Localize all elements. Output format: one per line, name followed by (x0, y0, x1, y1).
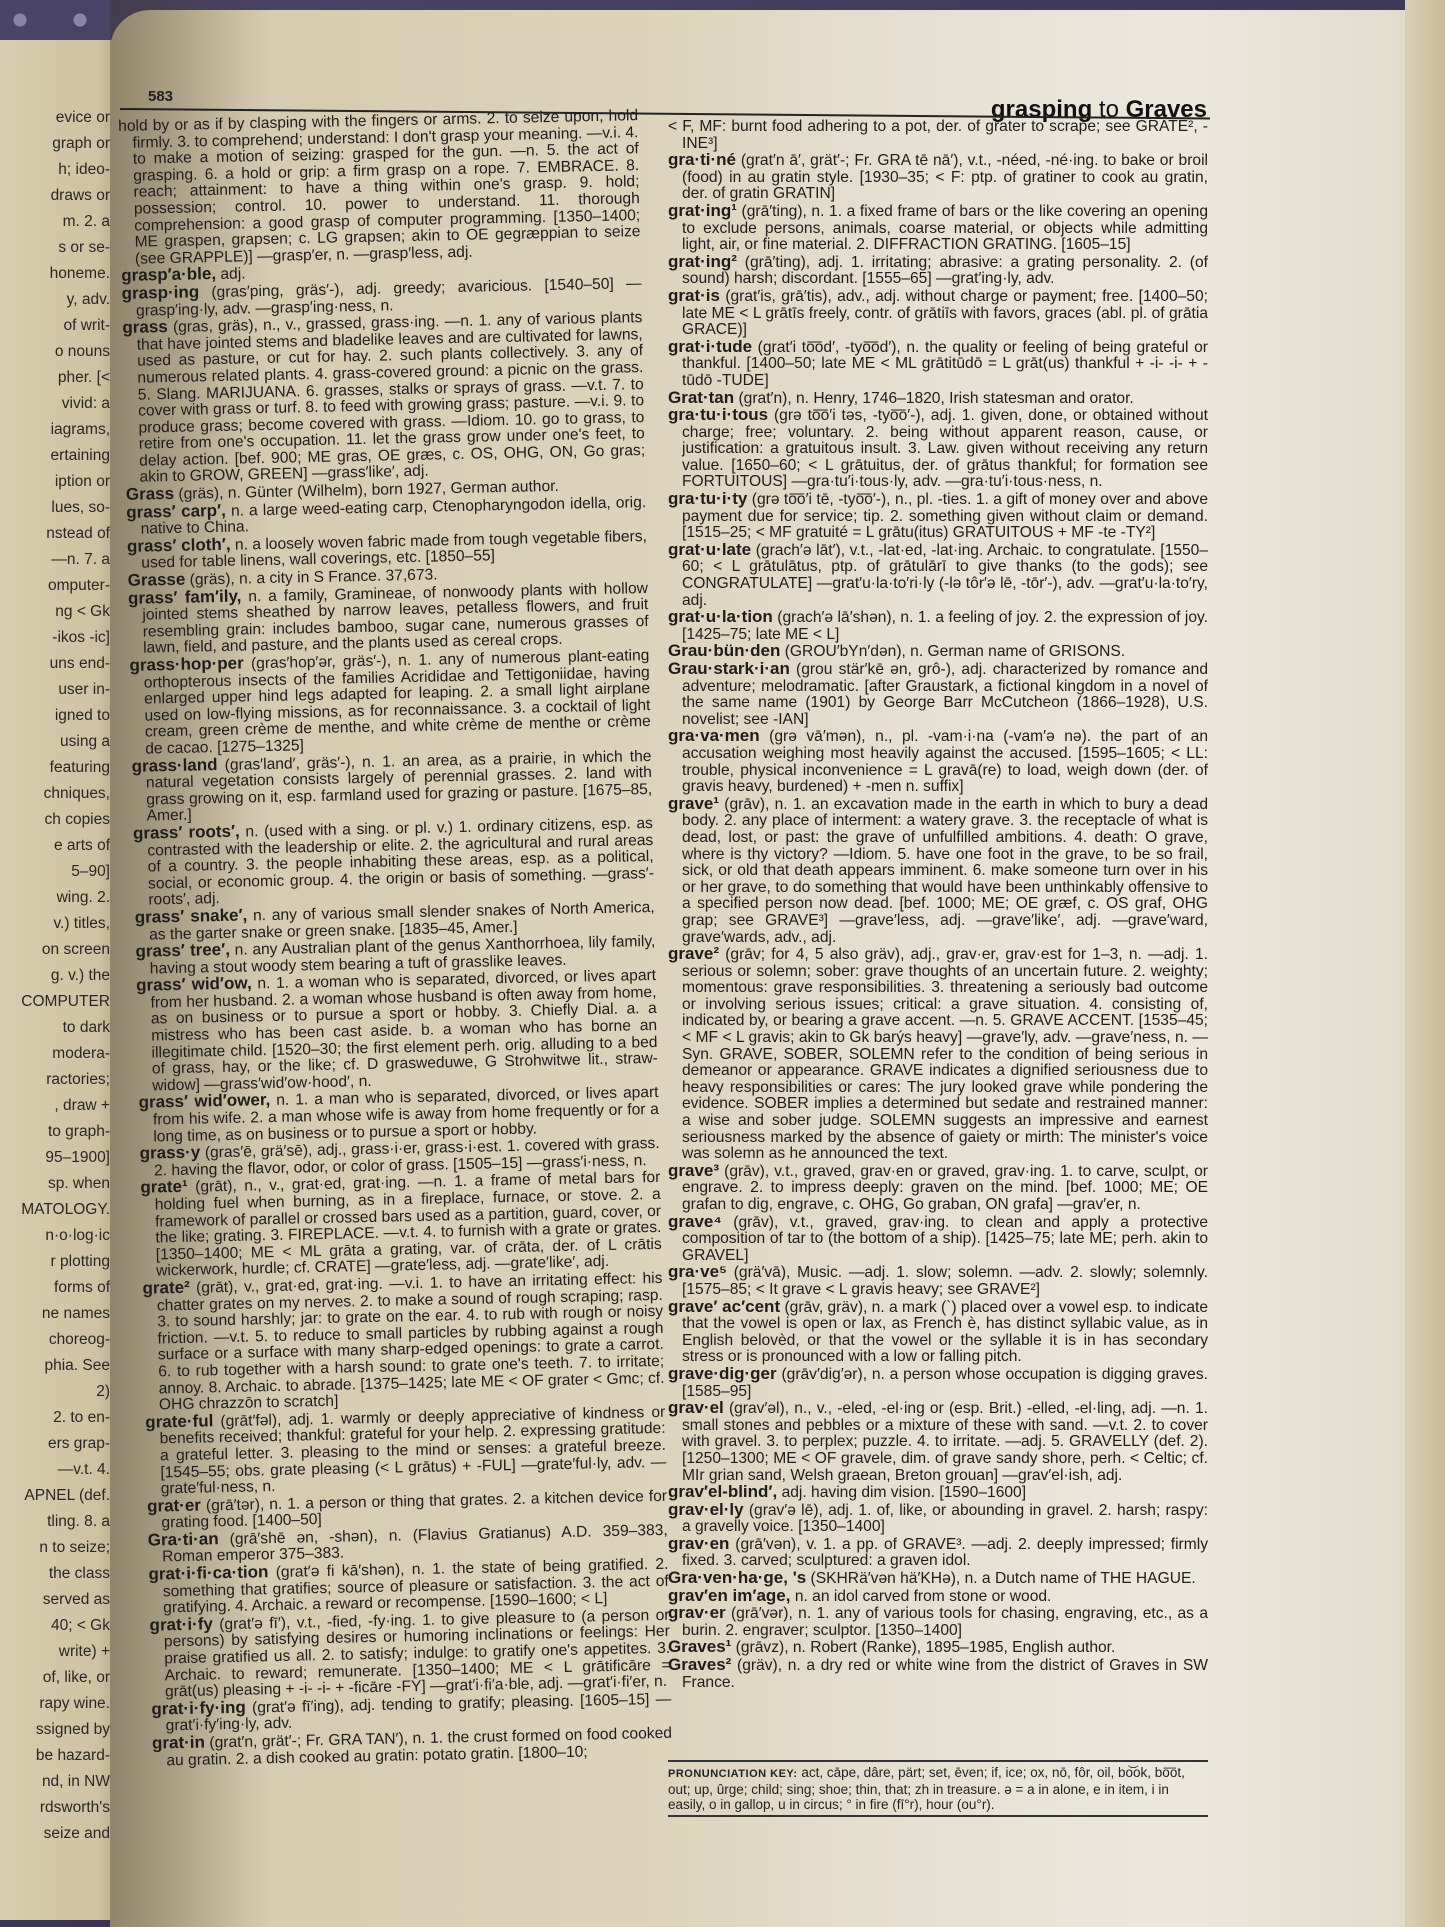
dictionary-entry: gra·ve⁵ (grä′vā), Music. —adj. 1. slow; … (668, 1264, 1208, 1298)
dictionary-entry: grat·ing¹ (grā′ting), n. 1. a fixed fram… (668, 203, 1208, 254)
entry-headword: grate·ful (145, 1411, 213, 1431)
left-page-fragment: using a (60, 734, 110, 750)
left-page-fragment: be hazard- (36, 1748, 110, 1764)
dictionary-entry: grave¹ (grāv), n. 1. an excavation made … (668, 796, 1208, 946)
left-page-fragment: served as (43, 1592, 110, 1608)
left-page-fragment: e arts of (54, 838, 110, 854)
left-page-fragment: modera- (52, 1046, 110, 1062)
entry-definition: (grə to͞o′i tē, -tyo͞o′-), n., pl. -ties… (682, 491, 1208, 541)
left-page-fragment: sp. when (48, 1176, 110, 1192)
entry-definition: (grā′ting), n. 1. a fixed frame of bars … (682, 203, 1208, 253)
entry-headword: grav′el-blind′, (668, 1482, 777, 1501)
entry-headword: grave⁴ (668, 1212, 722, 1231)
left-page-fragment: of, like, or (43, 1670, 110, 1686)
dictionary-entry: grate² (grāt), v., grat·ed, grat·ing. —v… (142, 1270, 665, 1415)
dictionary-entry: grave³ (grāv), v.t., graved, grav·en or … (668, 1163, 1208, 1214)
dictionary-entry: grass (gras, gräs), n., v., grassed, gra… (122, 309, 645, 487)
dictionary-entry: grass′ fam′ily, n. a family, Gramineae, … (128, 580, 649, 658)
entry-definition: (grāt), n., v., grat·ed, grat·ing. —n. 1… (155, 1169, 662, 1280)
entry-headword: gra·tu·i·tous (668, 405, 768, 424)
dictionary-entry: grat·u·late (grach′ə lāt′), v.t., -lat·e… (668, 542, 1208, 609)
entry-headword: grat·in (152, 1733, 205, 1753)
dictionary-entry: grave² (grāv; for 4, 5 also gräv), adj.,… (668, 946, 1208, 1163)
pronunciation-key: PRONUNCIATION KEY: act, cāpe, dâre, pärt… (668, 1760, 1208, 1817)
entry-headword: Gra·ti·an (148, 1529, 219, 1549)
left-page-fragment: g. v.) the (51, 968, 110, 984)
entry-headword: grave·dig·ger (668, 1364, 777, 1383)
left-page-fragment: nstead of (46, 526, 110, 542)
dictionary-entry: grav·el·ly (grav′ə lē), adj. 1. of, like… (668, 1502, 1208, 1536)
dictionary-entry: grate¹ (grāt), n., v., grat·ed, grat·ing… (140, 1169, 662, 1280)
entry-definition: (gräv), n. a dry red or white wine from … (682, 1657, 1208, 1691)
page-stack-edge (1405, 0, 1445, 1927)
dictionary-entry: grate·ful (grāt′fəl), adj. 1. warmly or … (145, 1404, 667, 1499)
dictionary-entry: grass′ roots′, n. (used with a sing. or … (133, 815, 655, 910)
entry-definition: (grat′n ā′, grät′-; Fr. GRA tē nā′), v.t… (682, 152, 1208, 202)
entry-definition: (grat′is, grā′tis), adv., adj. without c… (682, 288, 1208, 338)
entry-headword: grav′en im′age, (668, 1586, 790, 1605)
entry-headword: grat·is (668, 286, 720, 305)
left-page-fragment: vivid: a (62, 396, 110, 412)
left-page-fragment: featuring (50, 760, 110, 776)
entry-definition: (grāv; for 4, 5 also gräv), adj., grav·e… (682, 946, 1208, 1162)
entry-definition: n. an idol carved from stone or wood. (795, 1588, 1052, 1605)
dictionary-entry: grave·dig·ger (grāv′dig′ər), n. a person… (668, 1366, 1208, 1400)
entry-definition: (grä′vā), Music. —adj. 1. slow; solemn. … (682, 1264, 1208, 1298)
entry-headword: grat·er (147, 1495, 201, 1515)
dictionary-entry: gra·ti·né (grat′n ā′, grät′-; Fr. GRA tē… (668, 152, 1208, 203)
dictionary-entry: Graves¹ (grāvz), n. Robert (Ranke), 1895… (668, 1639, 1208, 1657)
page-number: 583 (148, 88, 173, 105)
dictionary-entry: gra·va·men (grə vā′mən), n., pl. -vam·i·… (668, 728, 1208, 795)
entry-definition: (grā′vən), v. 1. a pp. of GRAVE³. —adj. … (682, 1536, 1208, 1570)
left-page-fragment: phia. See (45, 1358, 111, 1374)
entry-headword: grave¹ (668, 794, 719, 813)
dictionary-entry: gra·tu·i·ty (grə to͞o′i tē, -tyo͞o′-), n… (668, 491, 1208, 542)
left-page-fragment: y, adv. (67, 292, 110, 308)
dictionary-entry: grat·is (grat′is, grā′tis), adv., adj. w… (668, 288, 1208, 339)
entry-headword: Graves¹ (668, 1637, 731, 1656)
left-page-fragment: graph or (52, 136, 110, 152)
dictionary-entry: grav′en im′age, n. an idol carved from s… (668, 1588, 1208, 1606)
left-page-fragment: ertaining (51, 448, 110, 464)
left-page-fragment: honeme. (50, 266, 110, 282)
left-page-fragment: ne names (42, 1306, 110, 1322)
entry-headword: grave³ (668, 1161, 719, 1180)
left-page-fragment: draws or (51, 188, 110, 204)
entry-definition: (grat′n), n. Henry, 1746–1820, Irish sta… (738, 390, 1133, 407)
entry-headword: grave′ ac′cent (668, 1297, 780, 1316)
entry-definition: adj. (220, 266, 246, 284)
entry-definition: (grav′əl), n., v., -eled, -el·ing or (es… (682, 1400, 1208, 1483)
dictionary-entry: Grau·stark·i·an (grou stär′kē ən, grô-),… (668, 661, 1208, 728)
entry-definition: (grat′ə fī′), v.t., -fied, -fy·ing. 1. t… (164, 1607, 671, 1701)
dictionary-entry: grav·el (grav′əl), n., v., -eled, -el·in… (668, 1400, 1208, 1484)
right-column: < F, MF: burnt food adhering to a pot, d… (668, 118, 1208, 1691)
dictionary-entry: gra·tu·i·tous (grə to͞o′i təs, -tyo͞o′-)… (668, 407, 1208, 491)
entry-headword: grav·el (668, 1398, 724, 1417)
entry-headword: grate¹ (140, 1177, 188, 1197)
entry-definition: (gras, gräs), n., v., grassed, grass·ing… (137, 309, 646, 486)
left-page-fragment: 95–1900] (45, 1150, 110, 1166)
left-page-fragment: , draw + (54, 1098, 110, 1114)
left-page-fragment: user in- (58, 682, 110, 698)
entry-definition: (grach′ə lāt′), v.t., -lat·ed, -lat·ing.… (682, 542, 1208, 609)
entry-definition: < F, MF: burnt food adhering to a pot, d… (668, 118, 1208, 152)
entry-headword: Grau·bün·den (668, 641, 780, 660)
entry-headword: grass′ tree′, (135, 940, 230, 961)
entry-headword: grat·i·fy·ing (151, 1697, 246, 1718)
entry-headword: grass (122, 317, 168, 337)
entry-definition: (grāv), v.t., graved, grav·en or graved,… (682, 1163, 1208, 1213)
entry-definition: (gras′land′, gräs′-), n. 1. an area, as … (146, 748, 653, 825)
left-page-fragment: iagrams, (51, 422, 110, 438)
left-page-fragment: choreog- (49, 1332, 110, 1348)
left-page-fragment: igned to (55, 708, 110, 724)
left-page-fragment: write) + (59, 1644, 110, 1660)
entry-headword: grat·i·tude (668, 337, 752, 356)
left-page-fragment: lues, so- (51, 500, 110, 516)
entry-definition: hold by or as if by clasping with the fi… (118, 107, 641, 267)
entry-headword: grass·land (131, 755, 217, 776)
entry-definition: (grā′vər), n. 1. any of various tools fo… (682, 1605, 1208, 1639)
entry-definition: (grat′i to͞od′, -tyo͞od′), n. the qualit… (682, 339, 1208, 389)
dictionary-entry: grat·u·la·tion (grach′ə lā′shən), n. 1. … (668, 609, 1208, 643)
dictionary-entry: grass′ wid′ow, n. 1. a woman who is sepa… (136, 967, 658, 1095)
entry-headword: grat·i·fy (149, 1614, 213, 1634)
dictionary-entry: < F, MF: burnt food adhering to a pot, d… (668, 118, 1208, 152)
left-page-fragment: ractories; (46, 1072, 110, 1088)
left-page-fragment: ers grap- (48, 1436, 110, 1452)
entry-definition: (grāvz), n. Robert (Ranke), 1895–1985, E… (736, 1639, 1116, 1656)
entry-definition: (grāt′fəl), adj. 1. warmly or deeply app… (160, 1404, 667, 1498)
dictionary-entry: grass·hop·per (gras′hop′ər, gräs′-), n. … (129, 647, 651, 758)
left-page-fragment: iption or (55, 474, 110, 490)
entry-headword: grass·y (139, 1143, 200, 1163)
entry-definition: (grāv), n. 1. an excavation made in the … (682, 796, 1208, 946)
dictionary-entry: grat·i·tude (grat′i to͞od′, -tyo͞od′), n… (668, 339, 1208, 390)
entry-headword: grav·en (668, 1534, 729, 1553)
left-page-fragment: evice or (56, 110, 110, 126)
left-page-fragment: rapy wine. (39, 1696, 110, 1712)
dictionary-entry: grave′ ac′cent (grāv, gräv), n. a mark (… (668, 1299, 1208, 1366)
entry-headword: grasp·ing (121, 282, 199, 303)
entry-headword: Grau·stark·i·an (668, 659, 790, 678)
left-page-fragment: COMPUTER (21, 994, 110, 1010)
left-page-fragment: ng < Gk (55, 604, 110, 620)
entry-headword: grat·u·late (668, 540, 751, 559)
left-page-fragment: pher. [< (58, 370, 110, 386)
dictionary-entry: grav·en (grā′vən), v. 1. a pp. of GRAVE³… (668, 1536, 1208, 1570)
entry-headword: grav·el·ly (668, 1500, 744, 1519)
dictionary-entry: grave⁴ (grāv), v.t., graved, grav·ing. t… (668, 1214, 1208, 1265)
dictionary-entry: grav′el-blind′, adj. having dim vision. … (668, 1484, 1208, 1502)
left-page-fragment: —n. 7. a (51, 552, 110, 568)
left-page-fragment: to graph- (48, 1124, 110, 1140)
left-page-fragment: seize and (44, 1826, 110, 1842)
left-page-fragment: —v.t. 4. (58, 1462, 110, 1478)
left-page-fragment: n to seize; (39, 1540, 110, 1556)
left-page-fragment: 5–90] (71, 864, 110, 880)
left-page-fragment: forms of (54, 1280, 110, 1296)
entry-headword: gra·ve⁵ (668, 1262, 727, 1281)
left-page-fragment: APNEL (def. (24, 1488, 110, 1504)
entry-headword: gra·va·men (668, 726, 760, 745)
entry-headword: grate² (142, 1278, 190, 1298)
entry-headword: Gra·ven·ha·ge, 's (668, 1568, 806, 1587)
left-page-fragment: to dark (63, 1020, 110, 1036)
left-page-fragment: chniques, (44, 786, 110, 802)
entry-headword: Graves² (668, 1655, 731, 1674)
entry-definition: adj. having dim vision. [1590–1600] (782, 1484, 1026, 1501)
left-page-fragment: omputer- (48, 578, 110, 594)
entry-definition: (SKHRä′vən hä′KHə), n. a Dutch name of T… (811, 1570, 1196, 1587)
left-page-fragment: the class (49, 1566, 110, 1582)
entry-headword: grat·ing² (668, 252, 737, 271)
entry-definition: (GROU′bYn′dən), n. German name of GRISON… (785, 643, 1125, 660)
left-page-fragment: rdsworth's (40, 1800, 110, 1816)
left-page-fragment: on screen (42, 942, 110, 958)
left-page-fragment: n·o·log·ic (45, 1228, 110, 1244)
entry-headword: grat·ing¹ (668, 201, 737, 220)
dictionary-entry: hold by or as if by clasping with the fi… (118, 107, 641, 268)
left-page-fragment: s or se- (58, 240, 110, 256)
entry-definition: (grāt), v., grat·ed, grat·ing. —v.i. 1. … (157, 1270, 665, 1414)
dictionary-entry: grat·i·fy (grat′ə fī′), v.t., -fied, -fy… (149, 1607, 671, 1702)
left-page-fragment: uns end- (50, 656, 110, 672)
left-page-fragment: h; ideo- (58, 162, 110, 178)
left-page-fragment: nd, in NW (42, 1774, 110, 1790)
left-page-fragment: 2) (96, 1384, 110, 1400)
entry-definition: (grə vā′mən), n., pl. -vam·i·na (-vam′ə … (682, 728, 1208, 795)
left-page-fragment: 40; < Gk (51, 1618, 110, 1634)
left-page-fragment: 2. to en- (53, 1410, 110, 1426)
dictionary-entry: grat·ing² (grā′ting), adj. 1. irritating… (668, 254, 1208, 288)
left-page-fragment: r plotting (51, 1254, 110, 1270)
left-page-fragment: of writ- (64, 318, 111, 334)
left-page-fragment: m. 2. a (63, 214, 110, 230)
entry-definition: (grav′ə lē), adj. 1. of, like, or abound… (682, 1502, 1208, 1536)
dictionary-entry: Graves² (gräv), n. a dry red or white wi… (668, 1657, 1208, 1691)
left-page-fragment: MATOLOGY. (21, 1202, 110, 1218)
entry-definition: (grāv), v.t., graved, grav·ing. to clean… (682, 1214, 1208, 1264)
left-page-fragment: tling. 8. a (47, 1514, 110, 1530)
left-page-fragment: ssigned by (36, 1722, 110, 1738)
left-page-fragment: ch copies (45, 812, 110, 828)
pronunciation-key-label: PRONUNCIATION KEY: (668, 1768, 798, 1780)
entry-headword: gra·ti·né (668, 150, 736, 169)
entry-headword: Grat·tan (668, 388, 734, 407)
entry-headword: grav·er (668, 1603, 726, 1622)
entry-headword: gra·tu·i·ty (668, 489, 747, 508)
left-page-fragment: wing. 2. (57, 890, 110, 906)
left-page-fragment: v.) titles, (53, 916, 110, 932)
entry-definition: (grā′ting), adj. 1. irritating; abrasive… (682, 254, 1208, 288)
left-page-fragment: -ikos -ic] (52, 630, 110, 646)
left-page-fragment: o nouns (55, 344, 110, 360)
entry-headword: grat·u·la·tion (668, 607, 773, 626)
dictionary-entry: grass·land (gras′land′, gräs′-), n. 1. a… (131, 748, 652, 826)
left-column: hold by or as if by clasping with the fi… (118, 107, 672, 1770)
dictionary-entry: grav·er (grā′vər), n. 1. any of various … (668, 1605, 1208, 1639)
entry-headword: grave² (668, 944, 719, 963)
